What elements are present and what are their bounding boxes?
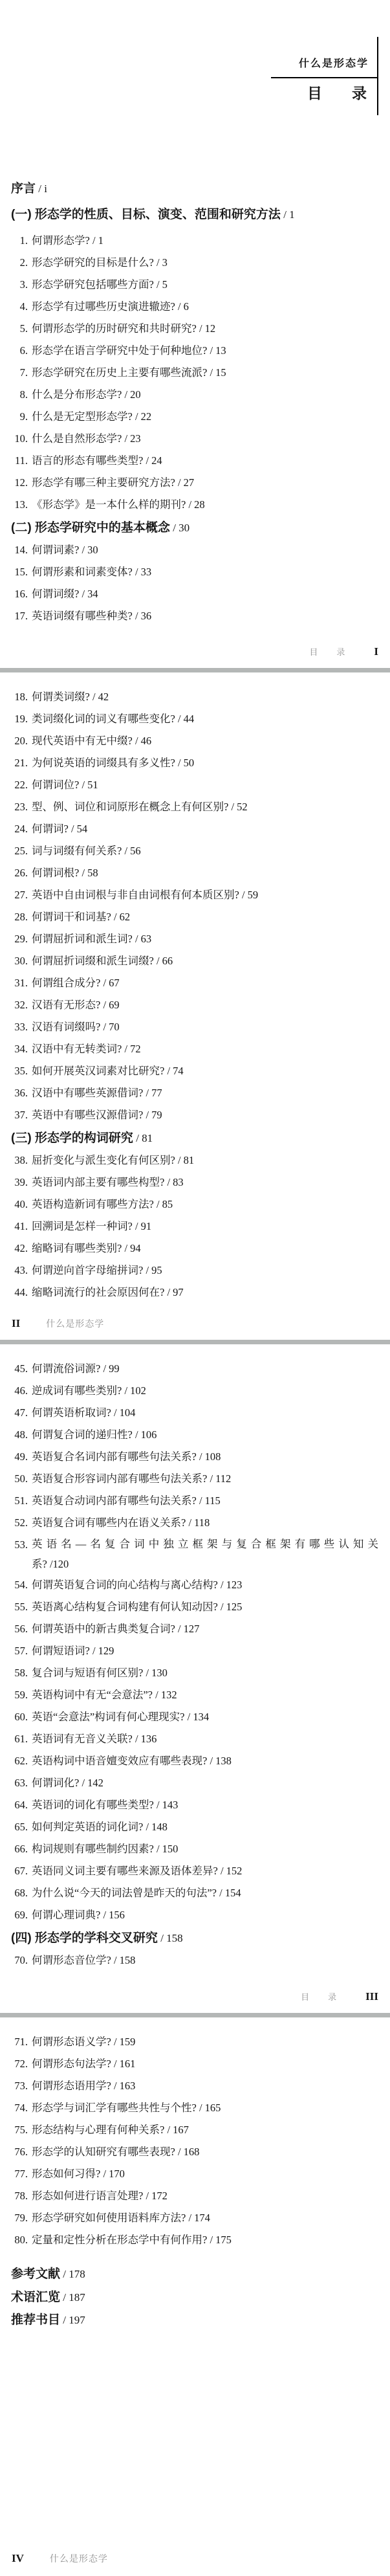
item-text: 形态学研究如何使用语料库方法? / 174: [32, 2207, 378, 2229]
item-separator: /: [133, 1733, 141, 1745]
toc-title: 目 录: [307, 85, 367, 102]
toc-item: 74.形态学与词汇学有哪些共性与个性? / 165: [11, 2097, 378, 2119]
item-page: 74: [173, 1065, 184, 1077]
item-text: 什么是自然形态学? / 23: [32, 428, 378, 450]
item-text: 英语复合名词内部有哪些句法关系? / 108: [32, 1446, 378, 1468]
item-number: 65.: [11, 1816, 28, 1838]
item-number: 37.: [11, 1104, 28, 1126]
item-page: 136: [141, 1733, 157, 1745]
item-page: 12: [205, 322, 216, 335]
item-text: 形态学研究在历史上主要有哪些流派? / 15: [32, 362, 378, 384]
toc-item: 25.词与词缀有何关系? / 56: [11, 840, 378, 862]
toc-item: 59.英语构词中有无“会意法”? / 132: [11, 1684, 378, 1706]
toc-item: 20.现代英语中有无中缀? / 46: [11, 730, 378, 752]
item-text: 英语构造新词有哪些方法? / 85: [32, 1194, 378, 1216]
toc-item: 77.形态如何习得? / 170: [11, 2163, 378, 2185]
page-footer: IV什么是形态学: [12, 2552, 108, 2565]
item-separator: /: [90, 691, 98, 703]
item-page: 165: [205, 2102, 221, 2114]
item-text-line: 英语名—名复合词中独立框架与复合框架有哪些认知关: [32, 1534, 378, 1554]
item-separator: /: [90, 1645, 98, 1657]
item-page: 59: [248, 889, 259, 901]
item-separator: /: [100, 2168, 109, 2180]
toc-item: 70.何谓形态音位学? / 158: [11, 1949, 378, 1971]
item-page: 130: [151, 1667, 168, 1679]
item-page: 79: [151, 1109, 162, 1121]
item-page: 58: [87, 867, 98, 879]
toc-item: 53.英语名—名复合词中独立框架与复合框架有哪些认知关系? /120: [11, 1534, 378, 1574]
toc-item: 38.屈折变化与派生变化有何区别? / 81: [11, 1149, 378, 1171]
item-page: 24: [151, 454, 162, 467]
item-page: 28: [194, 498, 205, 511]
item-page: 77: [151, 1087, 162, 1099]
toc-item: 69.何谓心理词典? / 156: [11, 1904, 378, 1926]
item-number: 57.: [11, 1640, 28, 1662]
header-rule: [271, 77, 377, 78]
toc-item: 42.缩略词有哪些类别? / 94: [11, 1238, 378, 1260]
item-question: 何谓流俗词源?: [32, 1362, 100, 1375]
item-number: 77.: [11, 2163, 28, 2185]
item-question: 形态学有过哪些历史演进辙迹?: [32, 300, 175, 313]
footer-toc-label: 目 录: [301, 1992, 337, 2002]
item-separator: /: [218, 1579, 226, 1591]
item-separator: /: [79, 779, 87, 791]
item-separator: /: [79, 588, 87, 600]
item-separator: /: [133, 735, 141, 747]
item-question: 逆成词有哪些类别?: [32, 1384, 122, 1397]
item-question: 什么是分布形态学?: [32, 388, 122, 401]
item-separator: /: [111, 2036, 120, 2048]
toc-item: 13.《形态学》是一本什么样的期刊? / 28: [11, 494, 378, 516]
item-text: 形态学有过哪些历史演进辙迹? / 6: [32, 296, 378, 318]
item-number: 64.: [11, 1794, 28, 1816]
toc-item: 4.形态学有过哪些历史演进辙迹? / 6: [11, 296, 378, 318]
item-separator: /: [154, 1799, 162, 1811]
item-text: 何谓短语词? / 129: [32, 1640, 378, 1662]
toc-item: 19.类词缀化词的词义有哪些变化? / 44: [11, 708, 378, 730]
item-text: 英语“会意法”构词有何心理现实? / 134: [32, 1706, 378, 1728]
item-number: 39.: [11, 1171, 28, 1194]
toc-item: 44.缩略词流行的社会原因何在? / 97: [11, 1282, 378, 1304]
item-question: 英语同义词主要有哪些来源及语体差异?: [32, 1865, 218, 1877]
toc-item: 30.何谓屈折词缀和派生词缀? / 66: [11, 950, 378, 972]
entry-label: (四) 形态学的学科交叉研究: [11, 1931, 158, 1945]
page-4-content: 71.何谓形态语义学? / 15972.何谓形态句法学? / 16173.何谓形…: [0, 2017, 390, 2332]
item-separator: /: [154, 256, 162, 269]
item-page: 125: [226, 1601, 243, 1613]
item-question: 形态学的认知研究有哪些表现?: [32, 2146, 175, 2158]
toc-item: 56.何谓英语中的新古典类复合词? / 127: [11, 1618, 378, 1640]
item-page: 54: [77, 823, 88, 835]
item-text: 屈折变化与派生变化有何区别? / 81: [32, 1149, 378, 1171]
item-question: 形态结构与心理有何种关系?: [32, 2124, 164, 2136]
item-question: 何谓屈折词缀和派生词缀?: [32, 955, 154, 967]
item-number: 49.: [11, 1446, 28, 1468]
item-page: 108: [205, 1450, 221, 1463]
item-question: 汉语中有哪些英源借词?: [32, 1087, 143, 1099]
item-number: 66.: [11, 1838, 28, 1860]
toc-item: 72.何谓形态句法学? / 161: [11, 2053, 378, 2075]
item-question: 形态学研究包括哪些方面?: [32, 278, 154, 291]
item-text: 英语复合词有哪些内在语义关系? / 118: [32, 1512, 378, 1534]
item-question: 何谓英语析取词?: [32, 1406, 111, 1419]
item-number: 40.: [11, 1194, 28, 1216]
item-separator: /: [100, 1021, 109, 1033]
toc-item: 66.构词规则有哪些制约因素? / 150: [11, 1838, 378, 1860]
item-number: 1.: [11, 230, 28, 252]
toc-item: 14.何谓词素? / 30: [11, 539, 378, 561]
item-question: 何谓心理词典?: [32, 1909, 100, 1921]
item-text: 回溯词是怎样一种词? / 91: [32, 1216, 378, 1238]
item-separator: /: [197, 2102, 205, 2114]
item-separator: /: [154, 1198, 162, 1210]
item-question: 何谓词根?: [32, 867, 79, 879]
item-text: 形态学的认知研究有哪些表现? / 168: [32, 2141, 378, 2163]
toc-page-3: 45.何谓流俗词源? / 9946.逆成词有哪些类别? / 10247.何谓英语…: [0, 1344, 390, 2013]
item-number: 52.: [11, 1512, 28, 1534]
item-question: 何谓复合词的递归性?: [32, 1428, 133, 1441]
item-number: 14.: [11, 539, 28, 561]
item-text: 何谓词缀? / 34: [32, 583, 378, 605]
item-question: 复合词与短语有何区别?: [32, 1667, 143, 1679]
item-question: 英语“会意法”构词有何心理现实?: [32, 1711, 184, 1723]
item-text: 何谓形态语义学? / 159: [32, 2031, 378, 2053]
toc-item-group: 45.何谓流俗词源? / 9946.逆成词有哪些类别? / 10247.何谓英语…: [11, 1358, 378, 1926]
item-text: 何谓形素和词素变体? / 33: [32, 561, 378, 583]
item-page: 51: [87, 779, 98, 791]
item-question: 英语构词中语音嬗变效应有哪些表现?: [32, 1755, 207, 1767]
item-number: 9.: [11, 406, 28, 428]
item-separator: /: [197, 1450, 205, 1463]
item-question: 定量和定性分析在形态学中有何作用?: [32, 2234, 207, 2246]
item-page: 129: [98, 1645, 114, 1657]
item-separator: /: [143, 454, 151, 467]
backmatter-entry: 术语汇览 / 187: [11, 2286, 378, 2309]
item-page: 20: [130, 388, 141, 401]
item-page: 70: [109, 1021, 120, 1033]
item-page: 81: [184, 1154, 195, 1166]
item-text: 汉语有无形态? / 69: [32, 994, 378, 1016]
item-text: 英语词缀有哪些种类? / 36: [32, 605, 378, 627]
item-page: 3: [162, 256, 168, 269]
item-separator: /: [122, 1043, 130, 1055]
footer-book-title: 什么是形态学: [50, 2553, 108, 2564]
item-question: 英语中自由词根与非自由词根有何本质区别?: [32, 889, 239, 901]
item-number: 70.: [11, 1949, 28, 1971]
toc-item: 46.逆成词有哪些类别? / 102: [11, 1380, 378, 1402]
item-text: 为何说英语的词缀具有多义性? / 50: [32, 752, 378, 774]
item-page: 158: [120, 1954, 136, 1966]
toc-item: 33.汉语有词缀吗? / 70: [11, 1016, 378, 1038]
item-text: 英语离心结构复合词构建有何认知动因? / 125: [32, 1596, 378, 1618]
toc-page-4: 71.何谓形态语义学? / 15972.何谓形态句法学? / 16173.何谓形…: [0, 2017, 390, 2576]
toc-item: 17.英语词缀有哪些种类? / 36: [11, 605, 378, 627]
item-number: 28.: [11, 906, 28, 928]
item-number: 21.: [11, 752, 28, 774]
item-question: 何谓形态语用学?: [32, 2080, 111, 2092]
item-question: 为何说英语的词缀具有多义性?: [32, 757, 175, 769]
item-number: 67.: [11, 1860, 28, 1882]
toc-item: 2.形态学研究的目标是什么? / 3: [11, 252, 378, 274]
item-text: 英语词有无音义关联? / 136: [32, 1728, 378, 1750]
item-separator: /: [100, 1362, 109, 1375]
item-number: 47.: [11, 1402, 28, 1424]
section-heading: (四) 形态学的学科交叉研究 / 158: [11, 1930, 378, 1946]
item-page: 22: [141, 410, 152, 423]
toc-item: 50.英语复合形容词内部有哪些句法关系? / 112: [11, 1468, 378, 1490]
item-number: 32.: [11, 994, 28, 1016]
entry-separator: /: [36, 183, 44, 195]
item-question: 何谓词缀?: [32, 588, 79, 600]
item-text: 何谓心理词典? / 156: [32, 1904, 378, 1926]
item-text: 何谓词素? / 30: [32, 539, 378, 561]
item-question: 什么是自然形态学?: [32, 432, 122, 445]
item-separator: /: [207, 2234, 215, 2246]
item-page: 106: [141, 1428, 157, 1441]
item-text: 缩略词有哪些类别? / 94: [32, 1238, 378, 1260]
item-text: 形态学研究的目标是什么? / 3: [32, 252, 378, 274]
toc-item: 24.何谓词? / 54: [11, 818, 378, 840]
item-separator: /: [164, 1176, 173, 1188]
item-number: 27.: [11, 884, 28, 906]
item-page: 15: [215, 366, 226, 379]
item-page: 134: [193, 1711, 209, 1723]
item-number: 46.: [11, 1380, 28, 1402]
footer-book-title: 什么是形态学: [46, 1318, 104, 1329]
section-heading: (一) 形态学的性质、目标、演变、范围和研究方法 / 1: [11, 206, 378, 223]
item-number: 73.: [11, 2075, 28, 2097]
item-separator: /: [217, 1887, 225, 1899]
item-number: 50.: [11, 1468, 28, 1490]
item-text: 何谓词化? / 142: [32, 1772, 378, 1794]
page-footer: 目 录III: [301, 1990, 378, 2003]
section-heading: (二) 形态学研究中的基本概念 / 30: [11, 520, 378, 536]
toc-item: 1.何谓形态学? / 1: [11, 230, 378, 252]
item-number: 72.: [11, 2053, 28, 2075]
item-number: 78.: [11, 2185, 28, 2207]
toc-item: 75.形态结构与心理有何种关系? / 167: [11, 2119, 378, 2141]
toc-item: 11.语言的形态有哪些类型? / 24: [11, 450, 378, 472]
item-number: 56.: [11, 1618, 28, 1640]
item-question: 形态学研究的目标是什么?: [32, 256, 154, 269]
entry-label: 推荐书目: [11, 2313, 60, 2327]
item-number: 25.: [11, 840, 28, 862]
item-separator: /: [111, 2058, 120, 2070]
item-separator: /: [207, 1755, 215, 1767]
item-number: 34.: [11, 1038, 28, 1060]
page-footer: 目 录I: [309, 645, 378, 658]
item-text: 何谓形态学的历时研究和共时研究? / 12: [32, 318, 378, 340]
item-text: 何谓词干和词基? / 62: [32, 906, 378, 928]
item-page: 170: [109, 2168, 125, 2180]
toc-item: 67.英语同义词主要有哪些来源及语体差异? / 152: [11, 1860, 378, 1882]
item-text: 英语词的词化有哪些类型? / 143: [32, 1794, 378, 1816]
item-text: 为什么说“今天的词法曾是昨天的句法”? / 154: [32, 1882, 378, 1904]
toc-item: 47.何谓英语析取词? / 104: [11, 1402, 378, 1424]
item-page: 52: [237, 801, 248, 813]
item-separator: /: [164, 2124, 173, 2136]
entry-page: 158: [166, 1932, 183, 1944]
entry-label: (三) 形态学的构词研究: [11, 1131, 133, 1145]
book-title-header: 什么是形态学: [299, 58, 369, 70]
header-vertical-rule: [377, 37, 378, 115]
entry-page: 81: [142, 1132, 153, 1144]
page-separator: [0, 2013, 390, 2017]
entry-page: 30: [179, 522, 190, 534]
item-number: 44.: [11, 1282, 28, 1304]
toc-item: 7.形态学研究在历史上主要有哪些流派? / 15: [11, 362, 378, 384]
item-number: 30.: [11, 950, 28, 972]
item-text: 定量和定性分析在形态学中有何作用? / 175: [32, 2229, 378, 2251]
item-separator: /: [111, 1954, 120, 1966]
item-number: 4.: [11, 296, 28, 318]
item-separator: /: [228, 801, 237, 813]
item-question: 何谓词素?: [32, 544, 79, 556]
item-number: 54.: [11, 1574, 28, 1596]
item-separator: /: [218, 1865, 226, 1877]
item-text: 英语中有哪些汉源借词? / 79: [32, 1104, 378, 1126]
toc-item: 39.英语词内部主要有哪些构型? / 83: [11, 1171, 378, 1194]
item-question: 英语复合词有哪些内在语义关系?: [32, 1516, 186, 1529]
item-page: 174: [194, 2212, 210, 2224]
item-page: 118: [194, 1516, 210, 1529]
item-number: 76.: [11, 2141, 28, 2163]
item-page: 161: [120, 2058, 136, 2070]
item-page: 91: [141, 1220, 152, 1232]
item-separator: /: [154, 955, 162, 967]
item-text: 何谓英语复合词的向心结构与离心结构? / 123: [32, 1574, 378, 1596]
item-question: 何谓形态语义学?: [32, 2036, 111, 2048]
footer-page-numeral: I: [374, 645, 378, 658]
item-page: 85: [162, 1198, 173, 1210]
item-number: 29.: [11, 928, 28, 950]
item-text: 缩略词流行的社会原因何在? / 97: [32, 1282, 378, 1304]
page-separator: [0, 668, 390, 672]
item-question: 何谓屈折词和派生词?: [32, 933, 133, 945]
toc-item: 45.何谓流俗词源? / 99: [11, 1358, 378, 1380]
item-question: 英语构造新词有哪些方法?: [32, 1198, 154, 1210]
toc-item: 57.何谓短语词? / 129: [11, 1640, 378, 1662]
item-text: 何谓形态句法学? / 161: [32, 2053, 378, 2075]
item-number: 15.: [11, 561, 28, 583]
item-separator: /: [111, 1406, 120, 1419]
item-question: 如何判定英语的词化词?: [32, 1821, 143, 1833]
item-separator: /: [186, 2212, 194, 2224]
page-footer: II什么是形态学: [12, 1317, 104, 1330]
item-text: 词与词缀有何关系? / 56: [32, 840, 378, 862]
item-page: 83: [173, 1176, 184, 1188]
entry-label: 术语汇览: [11, 2291, 60, 2304]
toc-item: 3.形态学研究包括哪些方面? / 5: [11, 274, 378, 296]
toc-item: 27.英语中自由词根与非自由词根有何本质区别? / 59: [11, 884, 378, 906]
item-text: 何谓词? / 54: [32, 818, 378, 840]
item-text: 英语同义词主要有哪些来源及语体差异? / 152: [32, 1860, 378, 1882]
toc-item-group: 1.何谓形态学? / 12.形态学研究的目标是什么? / 33.形态学研究包括哪…: [11, 230, 378, 516]
item-page: 115: [205, 1494, 221, 1507]
item-question: 何谓词化?: [32, 1777, 79, 1789]
item-page: 152: [226, 1865, 243, 1877]
item-question: 为什么说“今天的词法曾是昨天的句法”?: [32, 1887, 217, 1899]
item-separator: /: [122, 388, 130, 401]
toc-item: 65.如何判定英语的词化词? / 148: [11, 1816, 378, 1838]
item-page: 175: [215, 2234, 232, 2246]
item-page: 159: [120, 2036, 136, 2048]
item-separator: /: [197, 1494, 205, 1507]
item-separator: /: [133, 610, 141, 622]
item-page: 33: [141, 566, 152, 578]
item-separator: /: [122, 845, 130, 857]
item-number: 48.: [11, 1424, 28, 1446]
item-question: 英语复合形容词内部有哪些句法关系?: [32, 1472, 207, 1485]
item-number: 75.: [11, 2119, 28, 2141]
item-separator: /: [153, 1689, 161, 1701]
item-number: 58.: [11, 1662, 28, 1684]
item-number: 13.: [11, 494, 28, 516]
item-separator: /: [122, 1242, 130, 1254]
item-number: 6.: [11, 340, 28, 362]
item-separator: /: [218, 1601, 226, 1613]
toc-item: 29.何谓屈折词和派生词? / 63: [11, 928, 378, 950]
item-number: 19.: [11, 708, 28, 730]
item-page: 6: [184, 300, 189, 313]
item-page: 127: [184, 1623, 200, 1635]
item-text: 英语构词中语音嬗变效应有哪些表现? / 138: [32, 1750, 378, 1772]
entry-page: i: [44, 183, 47, 195]
item-question: 何谓词?: [32, 823, 69, 835]
item-question: 什么是无定型形态学?: [32, 410, 133, 423]
item-text: 现代英语中有无中缀? / 46: [32, 730, 378, 752]
item-question: 何谓形态学?: [32, 234, 90, 247]
item-number: 59.: [11, 1684, 28, 1706]
item-number: 43.: [11, 1260, 28, 1282]
toc-item: 18.何谓类词缀? / 42: [11, 686, 378, 708]
item-question: 类词缀化词的词义有哪些变化?: [32, 713, 175, 725]
item-question: 何谓组合成分?: [32, 977, 100, 989]
item-text: 英语中自由词根与非自由词根有何本质区别? / 59: [32, 884, 378, 906]
item-text: 何谓类词缀? / 42: [32, 686, 378, 708]
toc-item: 10.什么是自然形态学? / 23: [11, 428, 378, 450]
toc-item: 35.如何开展英汉词素对比研究? / 74: [11, 1060, 378, 1082]
toc-item: 43.何谓逆向首字母缩拼词? / 95: [11, 1260, 378, 1282]
toc-item: 41.回溯词是怎样一种词? / 91: [11, 1216, 378, 1238]
entry-separator: /: [170, 522, 179, 534]
item-separator: /: [207, 344, 215, 357]
item-text: 类词缀化词的词义有哪些变化? / 44: [32, 708, 378, 730]
item-question: 英语词有无音义关联?: [32, 1733, 133, 1745]
item-page: 34: [87, 588, 98, 600]
item-text: 什么是无定型形态学? / 22: [32, 406, 378, 428]
entry-label: 参考文献: [11, 2267, 60, 2281]
page-2-content: 18.何谓类词缀? / 4219.类词缀化词的词义有哪些变化? / 4420.现…: [0, 672, 390, 1304]
entry-page: 178: [69, 2268, 85, 2280]
item-question: 何谓词干和词基?: [32, 911, 111, 923]
item-page: 99: [109, 1362, 120, 1375]
backmatter-entry: 推荐书目 / 197: [11, 2309, 378, 2332]
toc-item: 26.何谓词根? / 58: [11, 862, 378, 884]
item-page: 142: [87, 1777, 103, 1789]
item-separator: /: [143, 1821, 151, 1833]
toc-item: 5.何谓形态学的历时研究和共时研究? / 12: [11, 318, 378, 340]
item-text: 如何开展英汉词素对比研究? / 74: [32, 1060, 378, 1082]
item-number: 35.: [11, 1060, 28, 1082]
item-number: 63.: [11, 1772, 28, 1794]
item-text: 汉语有词缀吗? / 70: [32, 1016, 378, 1038]
toc-item: 80.定量和定性分析在形态学中有何作用? / 175: [11, 2229, 378, 2251]
toc-item: 31.何谓组合成分? / 67: [11, 972, 378, 994]
toc-item: 79.形态学研究如何使用语料库方法? / 174: [11, 2207, 378, 2229]
item-question: 汉语有无形态?: [32, 999, 100, 1011]
item-separator: /: [133, 1220, 141, 1232]
